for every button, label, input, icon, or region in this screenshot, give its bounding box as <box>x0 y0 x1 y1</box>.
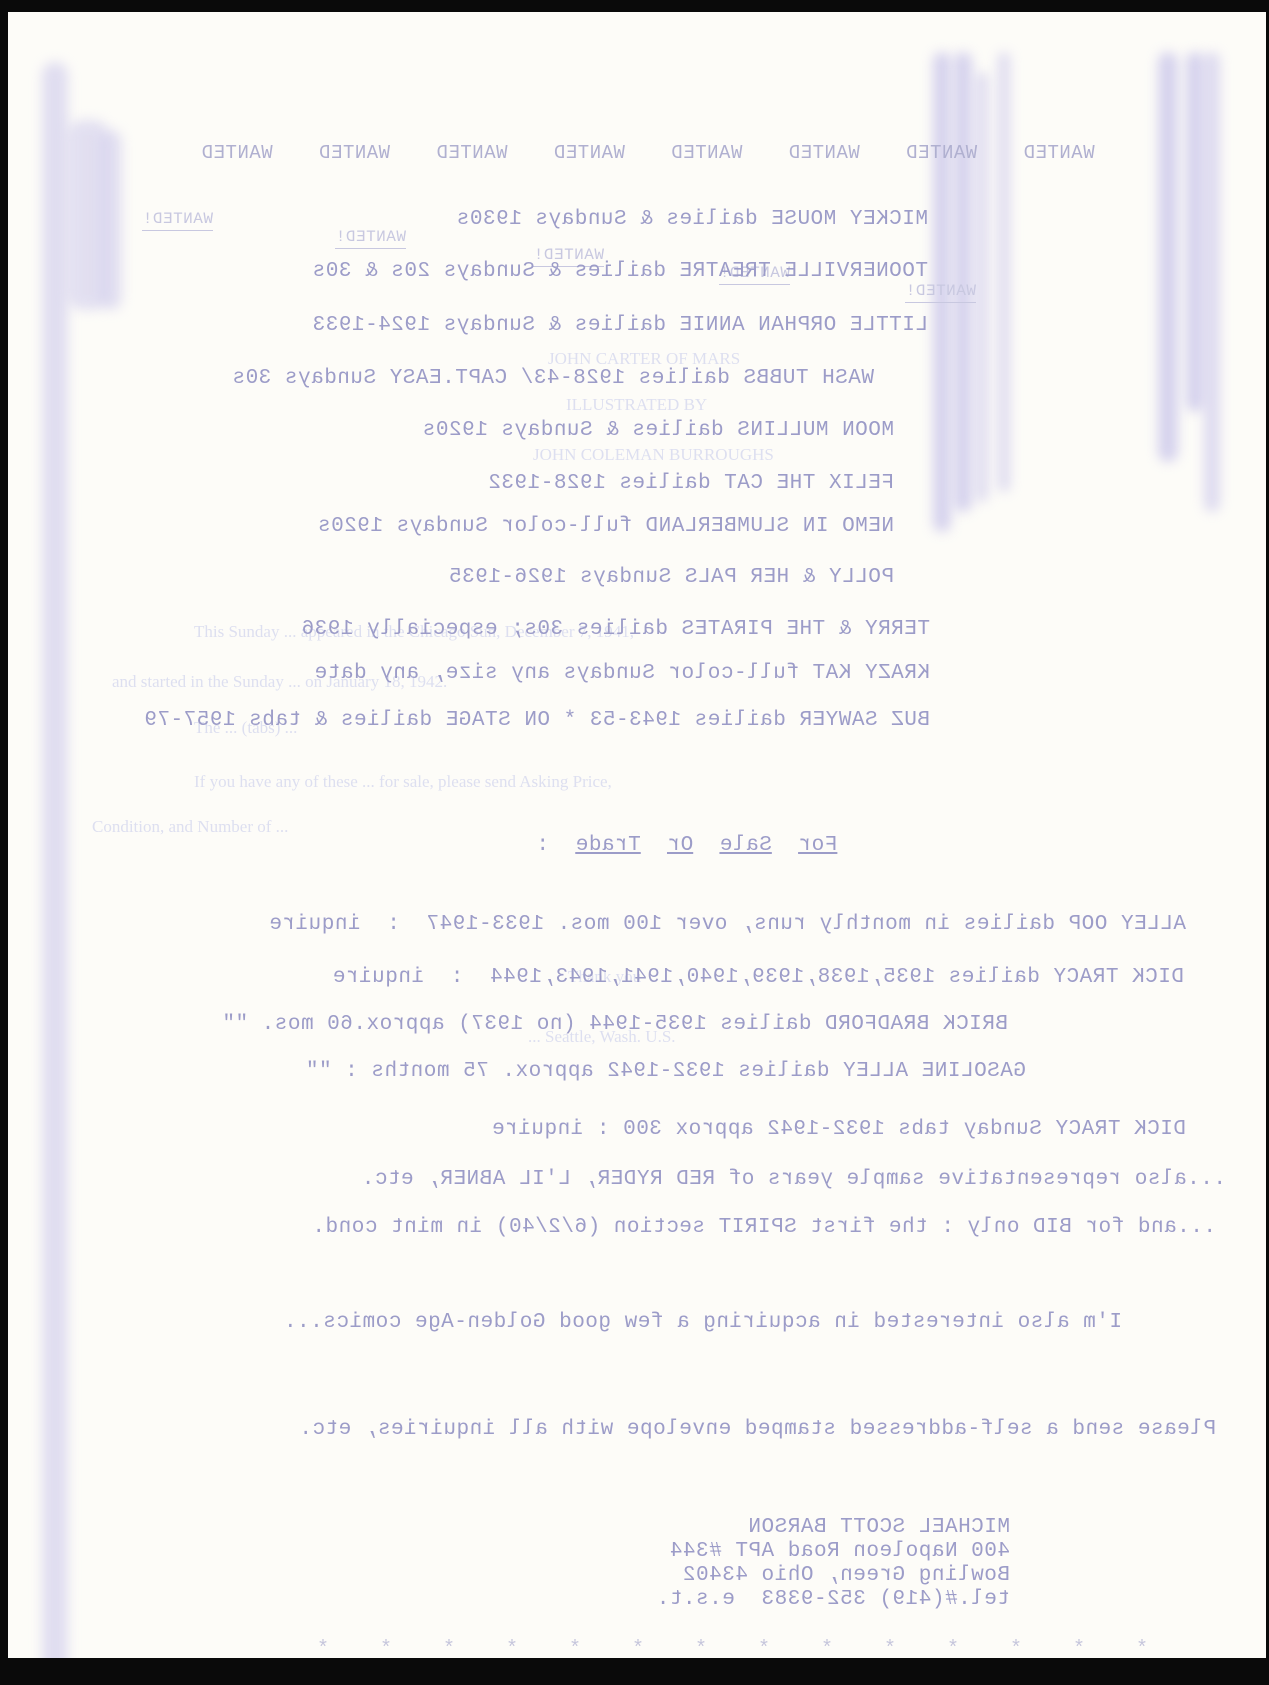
star-glyph: * <box>884 1638 896 1658</box>
star-glyph: * <box>506 1638 518 1658</box>
star-glyph: * <box>821 1638 833 1658</box>
star-glyph: * <box>317 1638 329 1658</box>
scan-border <box>0 1658 1269 1685</box>
star-glyph: * <box>947 1638 959 1658</box>
star-glyph: * <box>758 1638 770 1658</box>
footer-star-row: ************** <box>8 12 1266 1658</box>
star-glyph: * <box>380 1638 392 1658</box>
star-glyph: * <box>1136 1638 1148 1658</box>
star-glyph: * <box>443 1638 455 1658</box>
star-glyph: * <box>695 1638 707 1658</box>
star-glyph: * <box>1073 1638 1085 1658</box>
star-glyph: * <box>632 1638 644 1658</box>
star-glyph: * <box>1010 1638 1022 1658</box>
document-page: JOHN CARTER OF MARS ILLUSTRATED BY JOHN … <box>8 12 1266 1658</box>
star-glyph: * <box>569 1638 581 1658</box>
